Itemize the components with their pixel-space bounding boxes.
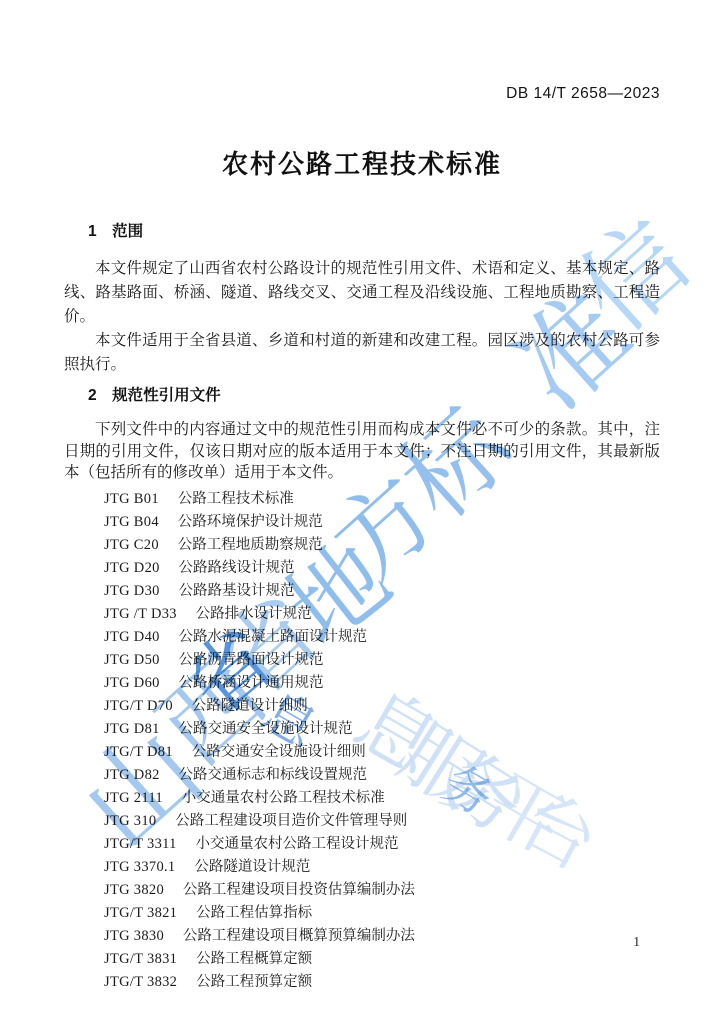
reference-item: JTG D50公路沥青路面设计规范: [104, 649, 660, 672]
reference-code: JTG/T 3311: [104, 836, 177, 852]
reference-name: 公路环境保护设计规范: [178, 514, 323, 530]
reference-name: 公路路线设计规范: [179, 560, 295, 576]
reference-item: JTG/T 3832公路工程预算定额: [104, 971, 660, 994]
reference-name: 公路工程技术标准: [178, 491, 294, 507]
reference-code: JTG 3820: [104, 882, 164, 898]
reference-item: JTG D30公路路基设计规范: [104, 580, 660, 603]
reference-code: JTG/T D70: [104, 698, 173, 714]
reference-name: 小交通量农村公路工程设计规范: [196, 836, 399, 852]
reference-code: JTG B04: [104, 514, 159, 530]
reference-item: JTG D60公路桥涵设计通用规范: [104, 672, 660, 695]
reference-item: JTG/T 3311小交通量农村公路工程设计规范: [104, 833, 660, 856]
reference-name: 公路工程概算定额: [196, 951, 312, 967]
reference-item: JTG D40公路水泥混凝土路面设计规范: [104, 626, 660, 649]
reference-item: JTG C20公路工程地质勘察规范: [104, 534, 660, 557]
reference-code: JTG/T 3832: [104, 974, 177, 990]
document-title: 农村公路工程技术标准: [64, 149, 660, 179]
reference-name: 公路隧道设计细则: [192, 698, 308, 714]
reference-name: 公路交通安全设施设计细则: [192, 744, 366, 760]
reference-code: JTG D60: [104, 675, 160, 691]
references-list: JTG B01公路工程技术标准JTG B04公路环境保护设计规范JTG C20公…: [64, 488, 660, 994]
reference-item: JTG D82公路交通标志和标线设置规范: [104, 764, 660, 787]
reference-code: JTG D82: [104, 767, 160, 783]
reference-name: 公路桥涵设计通用规范: [179, 675, 324, 691]
reference-code: JTG B01: [104, 491, 159, 507]
section-2-heading: 2 规范性引用文件: [64, 385, 660, 407]
reference-item: JTG 3370.1公路隧道设计规范: [104, 856, 660, 879]
reference-item: JTG/T 3821公路工程估算指标: [104, 902, 660, 925]
page-number: 1: [633, 934, 640, 950]
reference-code: JTG/T 3831: [104, 951, 177, 967]
reference-code: JTG 3370.1: [104, 859, 175, 875]
reference-code: JTG D20: [104, 560, 160, 576]
reference-item: JTG D81公路交通安全设施设计规范: [104, 718, 660, 741]
reference-name: 公路工程预算定额: [196, 974, 312, 990]
reference-item: JTG/T D70公路隧道设计细则: [104, 695, 660, 718]
reference-name: 公路路基设计规范: [179, 583, 295, 599]
reference-code: JTG D50: [104, 652, 160, 668]
reference-code: JTG 3830: [104, 928, 164, 944]
reference-item: JTG B01公路工程技术标准: [104, 488, 660, 511]
reference-code: JTG D40: [104, 629, 160, 645]
reference-name: 公路交通安全设施设计规范: [179, 721, 353, 737]
reference-item: JTG D20公路路线设计规范: [104, 557, 660, 580]
reference-item: JTG/T D81公路交通安全设施设计细则: [104, 741, 660, 764]
reference-name: 公路交通标志和标线设置规范: [179, 767, 368, 783]
reference-code: JTG/T D81: [104, 744, 173, 760]
reference-item: JTG B04公路环境保护设计规范: [104, 511, 660, 534]
reference-name: 公路工程建设项目造价文件管理导则: [175, 813, 407, 829]
references-intro-paragraph: 下列文件中的内容通过文中的规范性引用而构成本文件必不可少的条款。其中，注日期的引…: [64, 419, 660, 484]
reference-item: JTG 2111小交通量农村公路工程技术标准: [104, 787, 660, 810]
reference-item: JTG 3830公路工程建设项目概算预算编制办法: [104, 925, 660, 948]
document-page: 山西省省地方标准信息服务平台息务 DB 14/T 2658—2023 农村公路工…: [0, 0, 724, 1024]
reference-name: 公路沥青路面设计规范: [179, 652, 324, 668]
reference-name: 公路工程估算指标: [196, 905, 312, 921]
reference-name: 小交通量农村公路工程技术标准: [182, 790, 385, 806]
document-content: DB 14/T 2658—2023 农村公路工程技术标准 1 范围 本文件规定了…: [0, 0, 724, 1024]
reference-name: 公路工程建设项目投资估算编制办法: [183, 882, 415, 898]
reference-name: 公路水泥混凝土路面设计规范: [179, 629, 368, 645]
reference-name: 公路排水设计规范: [196, 606, 312, 622]
scope-paragraph-2: 本文件适用于全省县道、乡道和村道的新建和改建工程。园区涉及的农村公路可参照执行。: [64, 329, 660, 377]
reference-code: JTG 310: [104, 813, 156, 829]
document-code: DB 14/T 2658—2023: [64, 84, 660, 103]
reference-code: JTG D30: [104, 583, 160, 599]
scope-paragraph-1: 本文件规定了山西省农村公路设计的规范性引用文件、术语和定义、基本规定、路线、路基…: [64, 257, 660, 329]
section-1-heading: 1 范围: [64, 221, 660, 243]
reference-item: JTG/T 3831公路工程概算定额: [104, 948, 660, 971]
reference-code: JTG 2111: [104, 790, 163, 806]
reference-code: JTG D81: [104, 721, 160, 737]
reference-item: JTG 3820公路工程建设项目投资估算编制办法: [104, 879, 660, 902]
reference-name: 公路隧道设计规范: [194, 859, 310, 875]
reference-code: JTG /T D33: [104, 606, 177, 622]
reference-code: JTG/T 3821: [104, 905, 177, 921]
reference-name: 公路工程建设项目概算预算编制办法: [183, 928, 415, 944]
reference-code: JTG C20: [104, 537, 159, 553]
reference-item: JTG 310公路工程建设项目造价文件管理导则: [104, 810, 660, 833]
reference-item: JTG /T D33公路排水设计规范: [104, 603, 660, 626]
reference-name: 公路工程地质勘察规范: [178, 537, 323, 553]
